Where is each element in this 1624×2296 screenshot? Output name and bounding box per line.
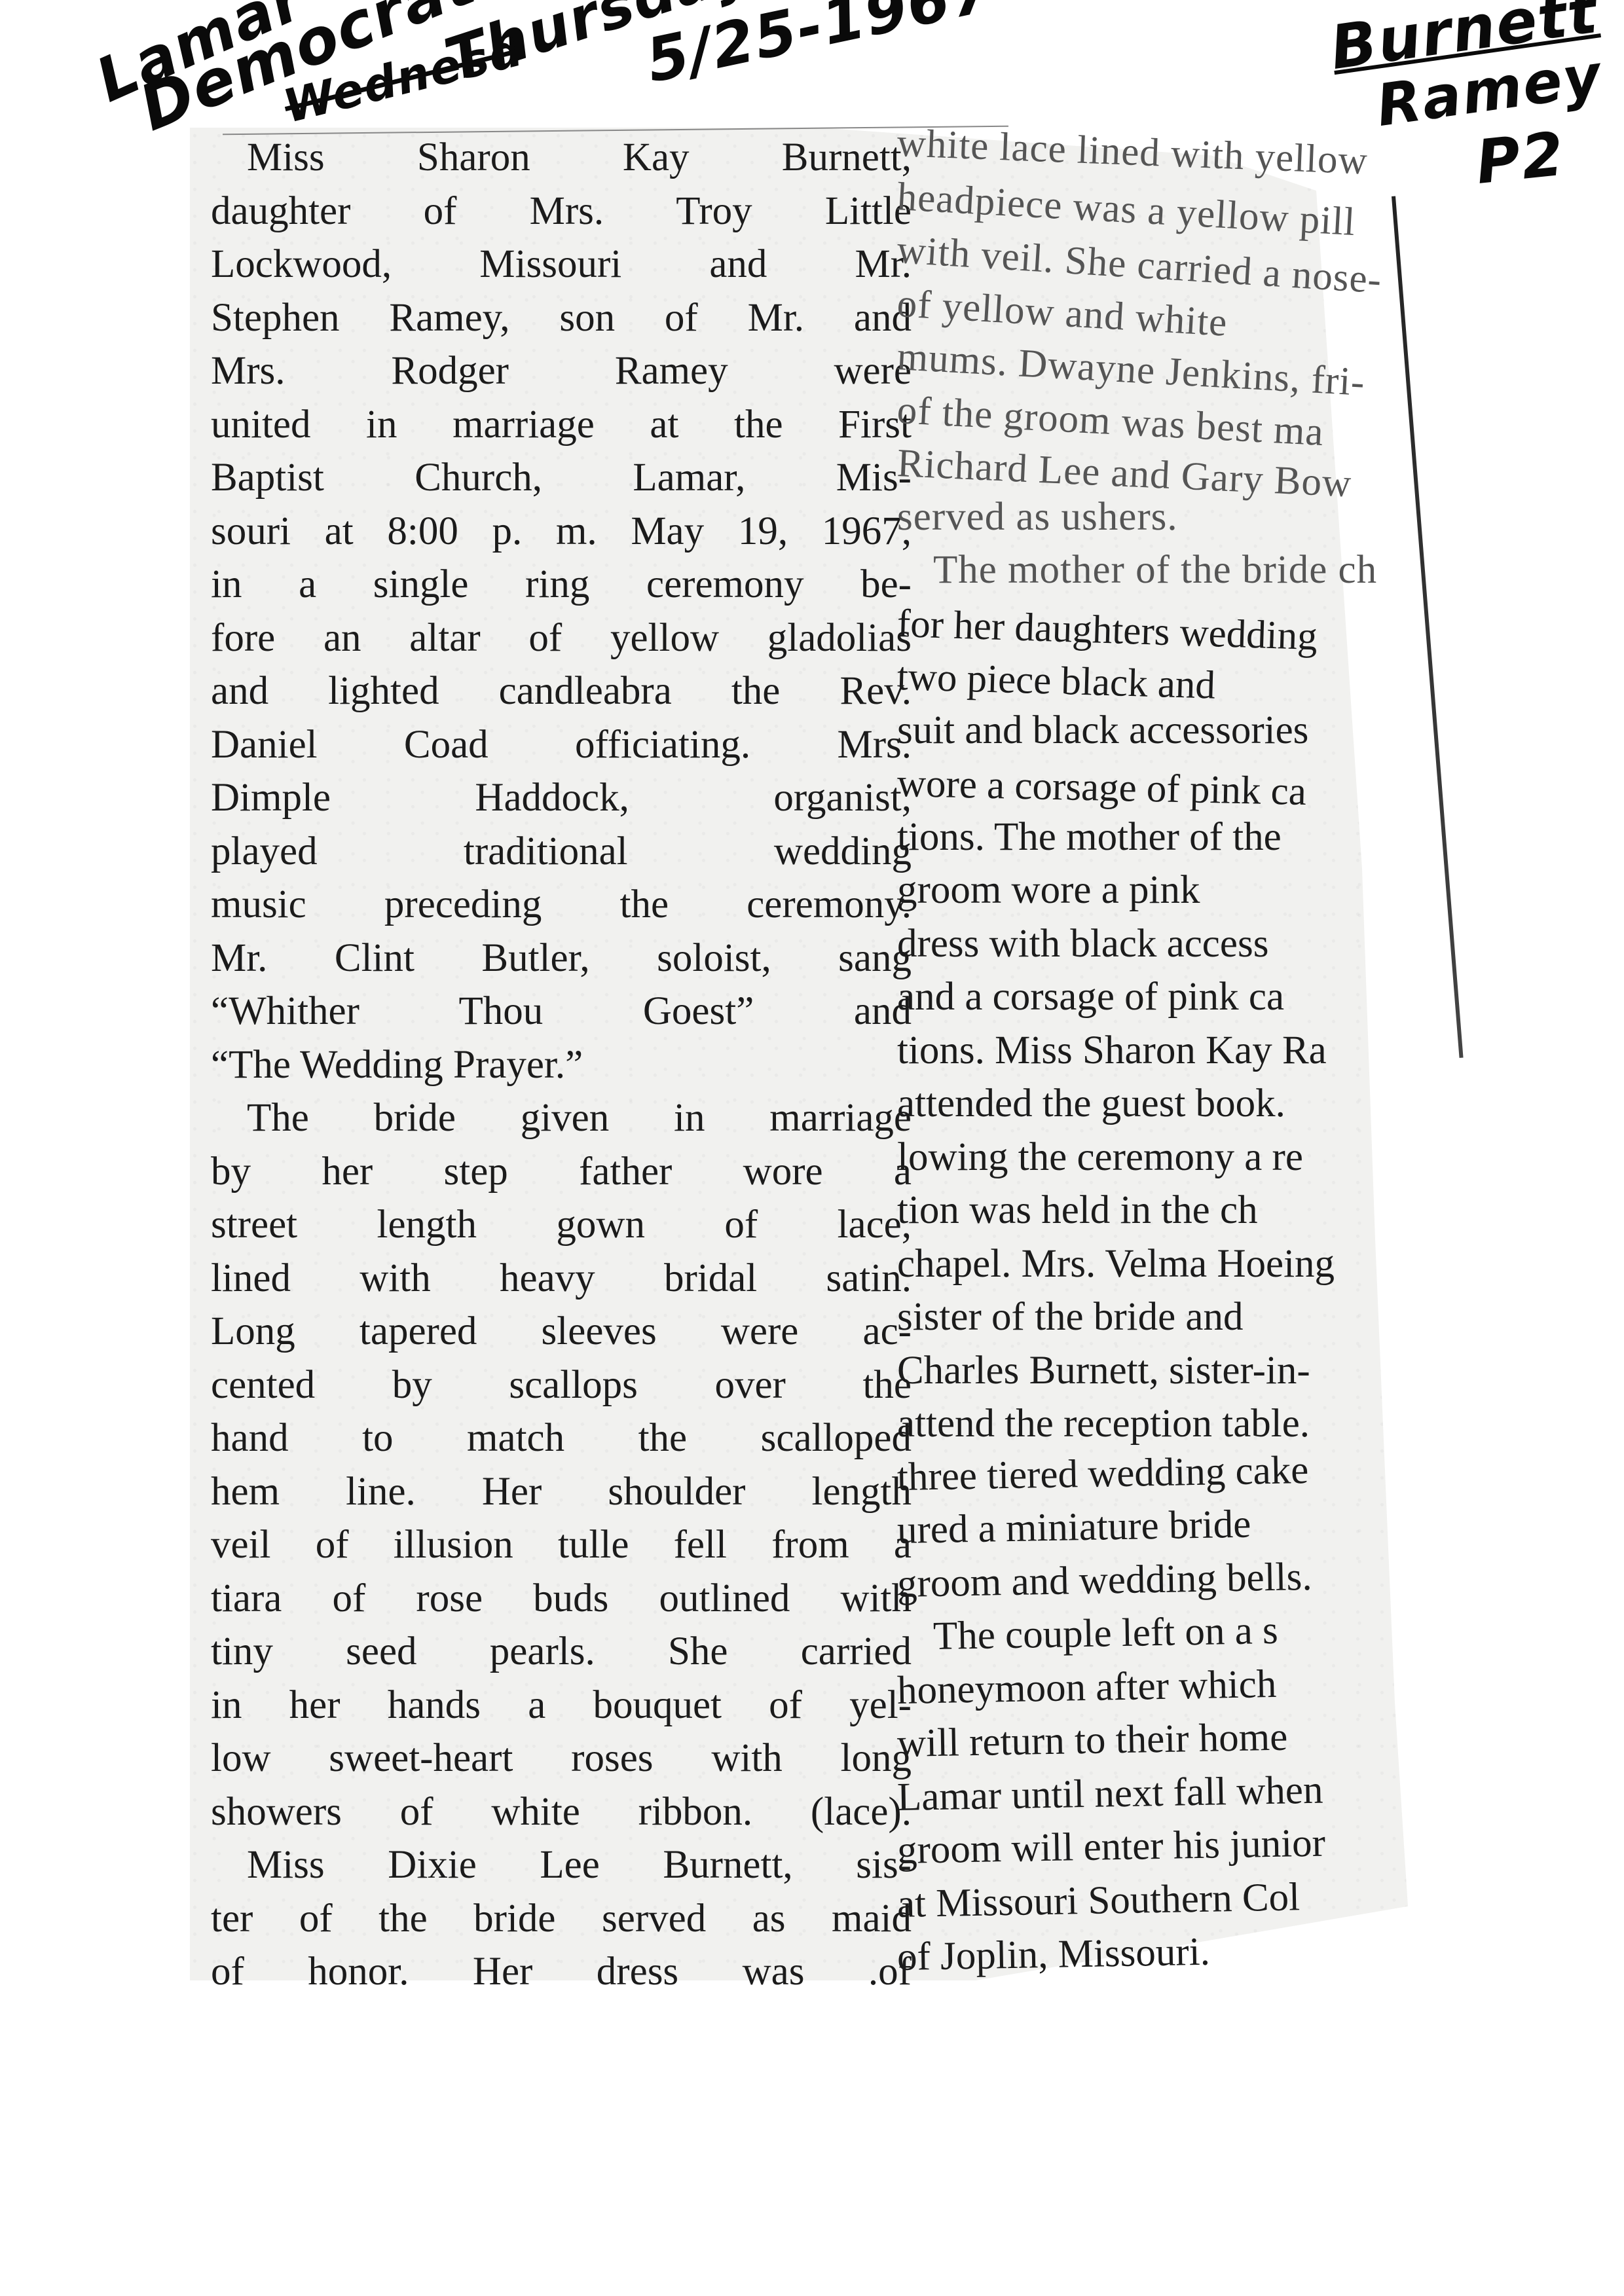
- article-text-line: tiara of rose buds outlined with: [211, 1572, 912, 1626]
- article-text-line: The couple left on a s: [896, 1601, 1434, 1664]
- article-text-line: hem line. Her shoulder length: [211, 1465, 912, 1519]
- article-text-line: tions. Miss Sharon Kay Ra: [897, 1024, 1434, 1078]
- article-text-line: united in marriage at the First: [211, 398, 912, 452]
- article-text-line: groom will enter his junior: [896, 1815, 1434, 1878]
- article-text-line: sister of the bride and: [897, 1290, 1434, 1344]
- article-text-line: by her step father wore a: [211, 1145, 912, 1199]
- article-text-line: The bride given in marriage: [211, 1091, 912, 1145]
- article-text-line: Lockwood, Missouri and Mr.: [211, 238, 912, 291]
- article-text-line: showers of white ribbon. (lace).: [211, 1785, 912, 1839]
- article-text-line: Long tapered sleeves were ac-: [211, 1305, 912, 1358]
- article-text-line: Miss Dixie Lee Burnett, sis-: [211, 1838, 912, 1892]
- article-text-line: The mother of the bride ch: [897, 543, 1434, 597]
- article-text-line: Daniel Coad officiating. Mrs.: [211, 718, 912, 772]
- article-text-line: music preceding the ceremony.: [211, 878, 912, 932]
- article-text-line: tion was held in the ch: [897, 1184, 1434, 1237]
- article-text-line: Mrs. Rodger Ramey were: [211, 344, 912, 398]
- article-text-line: hand to match the scalloped: [211, 1412, 912, 1465]
- article-text-line: lowing the ceremony a re: [897, 1131, 1434, 1184]
- article-text-line: chapel. Mrs. Velma Hoeing: [897, 1237, 1434, 1291]
- article-text-line: Dimple Haddock, organist,: [211, 771, 912, 825]
- article-text-line: low sweet-heart roses with long: [211, 1732, 912, 1785]
- article-text-line: lined with heavy bridal satin.: [211, 1252, 912, 1305]
- article-text-line: in her hands a bouquet of yel-: [211, 1679, 912, 1732]
- article-text-line: souri at 8:00 p. m. May 19, 1967,: [211, 505, 912, 558]
- article-text-line: of Joplin, Missouri.: [896, 1922, 1434, 1984]
- article-text-line: ured a miniature bride: [896, 1495, 1434, 1558]
- article-text-line: veil of illusion tulle fell from a: [211, 1518, 912, 1572]
- article-text-line: Stephen Ramey, son of Mr. and: [211, 291, 912, 345]
- article-text-line: wore a corsage of pink ca: [896, 757, 1435, 822]
- article-text-line: attended the guest book.: [897, 1077, 1434, 1131]
- article-text-line: Lamar until next fall when: [896, 1761, 1434, 1824]
- article-text-line: fore an altar of yellow gladolias: [211, 611, 912, 665]
- article-text-line: groom wore a pink: [897, 864, 1434, 917]
- article-text-line: will return to their home: [896, 1708, 1434, 1771]
- article-text-line: three tiered wedding cake: [896, 1441, 1434, 1504]
- article-text-line: “The Wedding Prayer.”: [211, 1038, 912, 1092]
- article-text-line: and lighted candleabra the Rev.: [211, 665, 912, 718]
- article-text-line: street length gown of lace,: [211, 1198, 912, 1252]
- article-text-line: cented by scallops over the: [211, 1358, 912, 1412]
- article-text-line: groom and wedding bells.: [896, 1548, 1434, 1611]
- article-text-line: honeymoon after which: [896, 1654, 1434, 1717]
- article-text-line: played traditional wedding: [211, 825, 912, 879]
- article-text-line: daughter of Mrs. Troy Little: [211, 185, 912, 238]
- article-right-column: white lace lined with yellowheadpiece wa…: [897, 117, 1434, 1984]
- article-left-column: Miss Sharon Kay Burnett,daughter of Mrs.…: [211, 131, 912, 1999]
- article-text-line: “Whither Thou Goest” and: [211, 985, 912, 1038]
- article-text-line: and a corsage of pink ca: [897, 970, 1434, 1024]
- article-text-line: Miss Sharon Kay Burnett,: [211, 131, 912, 185]
- article-text-line: tiny seed pearls. She carried: [211, 1625, 912, 1679]
- handwritten-page-number: P2: [1473, 118, 1568, 198]
- article-text-line: ter of the bride served as maid: [211, 1892, 912, 1946]
- article-text-line: in a single ring ceremony be-: [211, 558, 912, 611]
- article-text-line: Mr. Clint Butler, soloist, sang: [211, 932, 912, 985]
- article-text-line: dress with black access: [897, 917, 1434, 971]
- article-text-line: Baptist Church, Lamar, Mis-: [211, 451, 912, 505]
- article-text-line: Charles Burnett, sister-in-: [897, 1344, 1434, 1398]
- article-text-line: at Missouri Southern Col: [896, 1868, 1434, 1931]
- article-text-line: of honor. Her dress was .of: [211, 1945, 912, 1999]
